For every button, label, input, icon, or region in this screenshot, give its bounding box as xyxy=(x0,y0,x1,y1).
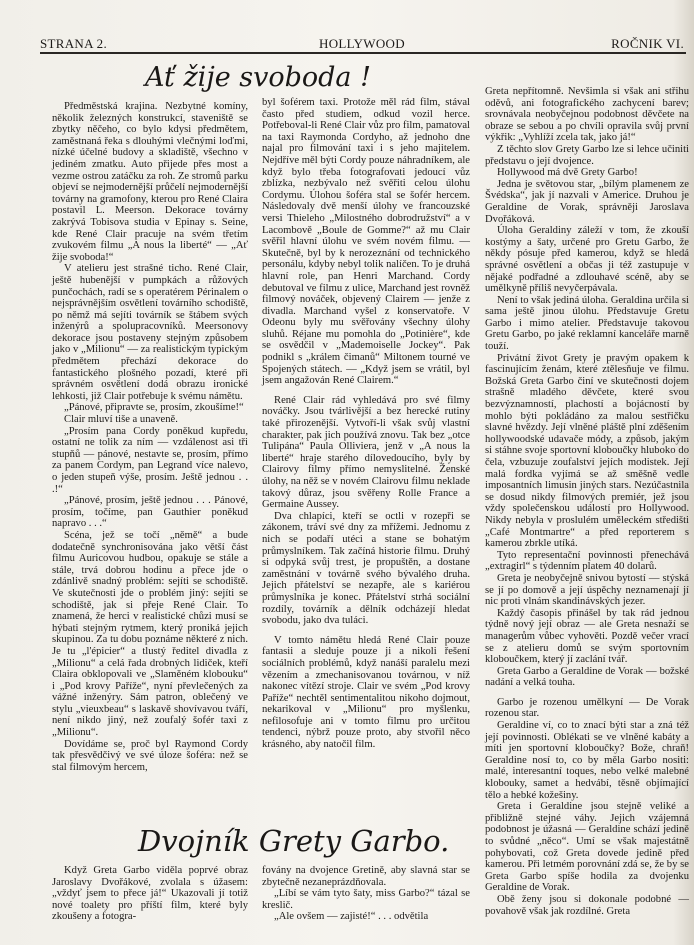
paragraph: Tyto representační povinnosti přenechává… xyxy=(485,550,689,573)
paragraph: V atelieru jest strašné ticho. René Clai… xyxy=(52,263,248,402)
paragraph: Když Greta Garbo viděla poprvé obraz Jar… xyxy=(52,865,248,923)
article-title-dvojnik-grety-garbo: Dvojník Grety Garbo. xyxy=(138,824,449,858)
paragraph: Greta Garbo a Geraldine de Vorak — božsk… xyxy=(485,666,689,689)
magazine-page: STRANA 2. HOLLYWOOD ROČNIK VI. Ať žije s… xyxy=(0,0,694,945)
volume-label: ROČNIK VI. xyxy=(611,36,684,52)
page-header: STRANA 2. HOLLYWOOD ROČNIK VI. xyxy=(40,32,684,52)
article2-column-1: Když Greta Garbo viděla poprvé obraz Jar… xyxy=(52,865,248,923)
paragraph: Není to však jediná úloha. Geraldina urč… xyxy=(485,295,689,353)
paragraph: Privátní život Grety je pravým opakem k … xyxy=(485,353,689,550)
article2-column-3: Greta nepřítomně. Nevšimla si však ani s… xyxy=(485,86,689,917)
paragraph: Obě ženy jsou si dokonale podobné — pova… xyxy=(485,894,689,917)
paragraph: Greta nepřítomně. Nevšimla si však ani s… xyxy=(485,86,689,144)
paragraph: Scéna, jež se točí „němě“ a bude dodateč… xyxy=(52,530,248,739)
paragraph: „Prosím pana Cordy poněkud kupředu, osta… xyxy=(52,426,248,496)
header-rule xyxy=(40,52,686,54)
paragraph: Hollywood má dvě Grety Garbo! xyxy=(485,167,689,179)
paragraph: „Líbí se vám tyto šaty, miss Garbo?“ táz… xyxy=(262,888,470,911)
article1-column-1: Předměstská krajina. Nezbytné komíny, ně… xyxy=(52,101,248,773)
paragraph: „Pánové, prosím, ještě jednou . . . Páno… xyxy=(52,495,248,530)
paragraph: Geraldine ví, co to znací býti star a zn… xyxy=(485,720,689,801)
paragraph: Greta je neobyčejně snivou bytostí — stý… xyxy=(485,573,689,608)
paragraph: Clair mluví tiše a unaveně. xyxy=(52,414,248,426)
paragraph: Garbo je rozenou umělkyní — De Vorak roz… xyxy=(485,697,689,720)
paragraph: byl šoférem taxi. Protože měl rád film, … xyxy=(262,97,470,387)
paragraph: Úloha Geraldiny záleží v tom, že zkouší … xyxy=(485,225,689,295)
paragraph: René Clair rád vyhledává pro své filmy n… xyxy=(262,395,470,511)
paragraph: Greta i Geraldine jsou stejně veliké a p… xyxy=(485,801,689,894)
paragraph: Předměstská krajina. Nezbytné komíny, ně… xyxy=(52,101,248,263)
paragraph: V tomto námětu hledá René Clair pouze fa… xyxy=(262,635,470,751)
paragraph: Dovídáme se, proč byl Raymond Cordy tak … xyxy=(52,739,248,774)
paragraph: Z těchto slov Grety Garbo lze si lehce u… xyxy=(485,144,689,167)
article2-column-2: fovány na dvojence Gretině, aby slavná s… xyxy=(262,865,470,923)
paragraph: fovány na dvojence Gretině, aby slavná s… xyxy=(262,865,470,888)
article1-column-2: byl šoférem taxi. Protože měl rád film, … xyxy=(262,97,470,751)
paragraph: „Pánové, připravte se, prosím, zkoušíme!… xyxy=(52,402,248,414)
article-title-at-zije-svoboda: Ať žije svoboda ! xyxy=(145,62,371,93)
paragraph: Každý časopis přinášel by tak rád jednou… xyxy=(485,608,689,666)
magazine-title: HOLLYWOOD xyxy=(40,36,684,52)
paragraph: Jedna je světovou star, „bílým plamenem … xyxy=(485,179,689,225)
paragraph: „Ale ovšem — zajisté!“ . . . odvětila xyxy=(262,911,470,923)
paragraph: Dva chlapíci, kteří se octli v rozepři s… xyxy=(262,511,470,627)
